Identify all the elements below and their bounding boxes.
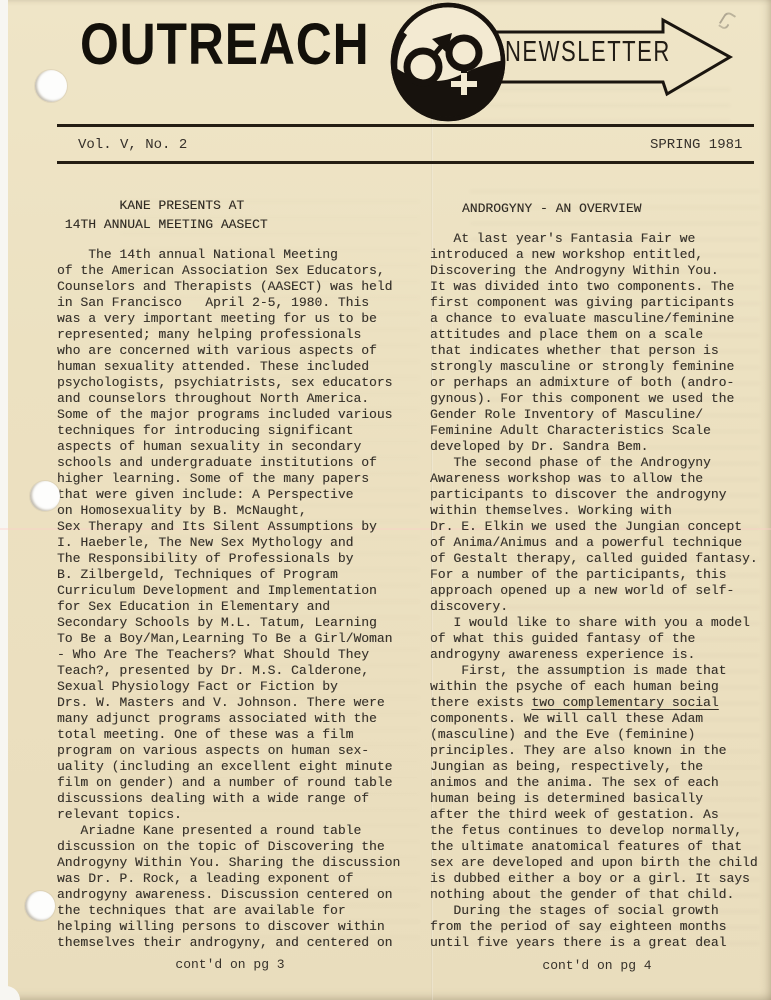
divider-rule-bottom <box>57 161 754 164</box>
right-article-body: At last year's Fantasia Fair weintroduce… <box>430 231 758 951</box>
right-article-heading: ANDROGYNY - AN OVERVIEW <box>462 199 641 218</box>
punch-hole-middle <box>30 481 60 511</box>
left-article-heading: KANE PRESENTS AT 14TH ANNUAL MEETING AAS… <box>57 196 268 234</box>
newsletter-banner-label: NEWSLETTER <box>505 38 671 67</box>
newsletter-scanned-page: OUTREACH NEWSLETTER Vol. V, No. 2 SPRING… <box>0 0 771 1000</box>
divider-rule-top <box>57 124 754 127</box>
left-continuation-note: cont'd on pg 3 <box>57 957 403 972</box>
volume-number: Vol. V, No. 2 <box>78 135 187 155</box>
punch-hole-bottom <box>25 891 55 921</box>
issue-date: SPRING 1981 <box>650 135 742 155</box>
punch-hole-top <box>35 70 67 102</box>
left-article-body: The 14th annual National Meetingof the A… <box>57 247 400 951</box>
paper-corner <box>0 986 20 1000</box>
right-continuation-note: cont'd on pg 4 <box>430 958 764 973</box>
scan-edge-strip <box>0 0 8 1000</box>
